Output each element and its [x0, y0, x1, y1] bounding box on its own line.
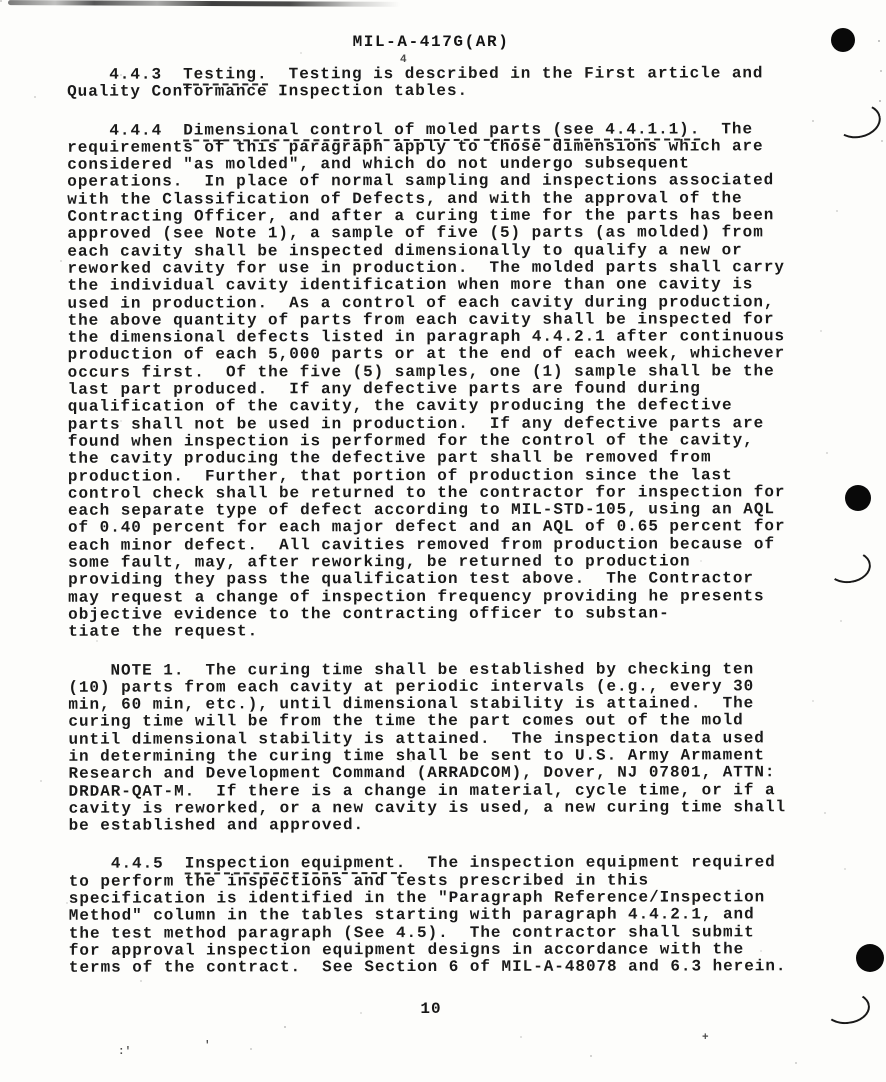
body-text: terms of the contract. See Section 6 of …	[69, 957, 787, 977]
paragraph-4-4-4: 4.4.4 Dimensional control of moled parts…	[67, 121, 786, 641]
body-text: objective evidence to the contracting of…	[68, 604, 669, 623]
body-text: last part produced. If any defective par…	[68, 379, 701, 398]
body-text: The inspection equipment required	[406, 854, 775, 873]
scan-artifact-glyph: '	[204, 1040, 211, 1052]
scanned-document-page: MIL-A-417G(AR) 4.4.3 Testing. Testing is…	[0, 0, 886, 1082]
body-text: to perform the inspections and tests pre…	[69, 871, 649, 890]
body-text: be established and approved.	[69, 816, 364, 835]
punch-hole-mark	[831, 28, 855, 52]
scan-smudge-top-edge	[8, 0, 400, 7]
text-line: tiate the request.	[68, 622, 786, 641]
text-line: Quality Conformance Inspection tables.	[67, 83, 785, 102]
text-line: 4.4.5 Inspection equipment. The inspecti…	[69, 855, 787, 874]
body-text: curing time will be from the time the pa…	[68, 712, 743, 731]
body-text: 4.4.5	[69, 855, 185, 873]
body-text: considered "as molded", and which do not…	[67, 155, 690, 174]
text-line: 4.4.3 Testing. Testing is described in t…	[67, 65, 785, 84]
scan-artifact-glyph: :'	[118, 1046, 131, 1058]
text-line: be established and approved.	[69, 816, 787, 835]
body-text: the cavity producing the defective part …	[68, 449, 712, 468]
page-number: 10	[68, 1000, 794, 1018]
body-text: qualification of the cavity, the cavity …	[68, 397, 733, 416]
paragraph-4-4-3: 4.4.3 Testing. Testing is described in t…	[67, 65, 785, 101]
body-text: 4.4.3	[67, 66, 183, 84]
body-text: each cavity shall be inspected dimension…	[67, 241, 742, 260]
paper-curl-arc-mark	[825, 548, 873, 586]
scan-artifact-glyph: +	[702, 1032, 709, 1044]
body-text: with the Classification of Defects, and …	[67, 189, 742, 208]
body-text: 4.4.4	[67, 121, 183, 139]
body-text: some fault, may, after reworking, be ret…	[68, 552, 691, 571]
body-text: Testing is described in the First articl…	[268, 64, 764, 83]
body-text: production. Further, that portion of pro…	[68, 466, 733, 485]
text-line: may request a change of inspection frequ…	[68, 588, 786, 607]
text-line: cavity is reworked, or a new cavity is u…	[69, 799, 787, 818]
document-id-header: MIL-A-417G(AR)	[68, 33, 794, 51]
body-text: cavity is reworked, or a new cavity is u…	[69, 798, 787, 818]
body-text: The	[700, 120, 753, 138]
paragraph-note-1: NOTE 1. The curing time shall be establi…	[68, 661, 786, 835]
body-text: tiate the request.	[68, 623, 258, 641]
text-line: objective evidence to the contracting of…	[68, 605, 786, 624]
document-body: 4.4.3 Testing. Testing is described in t…	[67, 65, 786, 998]
body-text: Quality Conformance Inspection tables.	[67, 82, 468, 101]
punch-hole-mark	[856, 944, 884, 972]
paper-curl-arc-mark	[822, 990, 871, 1027]
scan-artifact-glyph: 4	[400, 54, 407, 66]
paper-curl-arc-mark	[832, 100, 884, 143]
paragraph-4-4-5: 4.4.5 Inspection equipment. The inspecti…	[69, 855, 787, 978]
body-text: for approval inspection equipment design…	[69, 940, 744, 959]
punch-hole-mark	[845, 485, 871, 511]
scan-noise-speckles	[0, 0, 2, 2]
text-line: terms of the contract. See Section 6 of …	[69, 958, 787, 977]
